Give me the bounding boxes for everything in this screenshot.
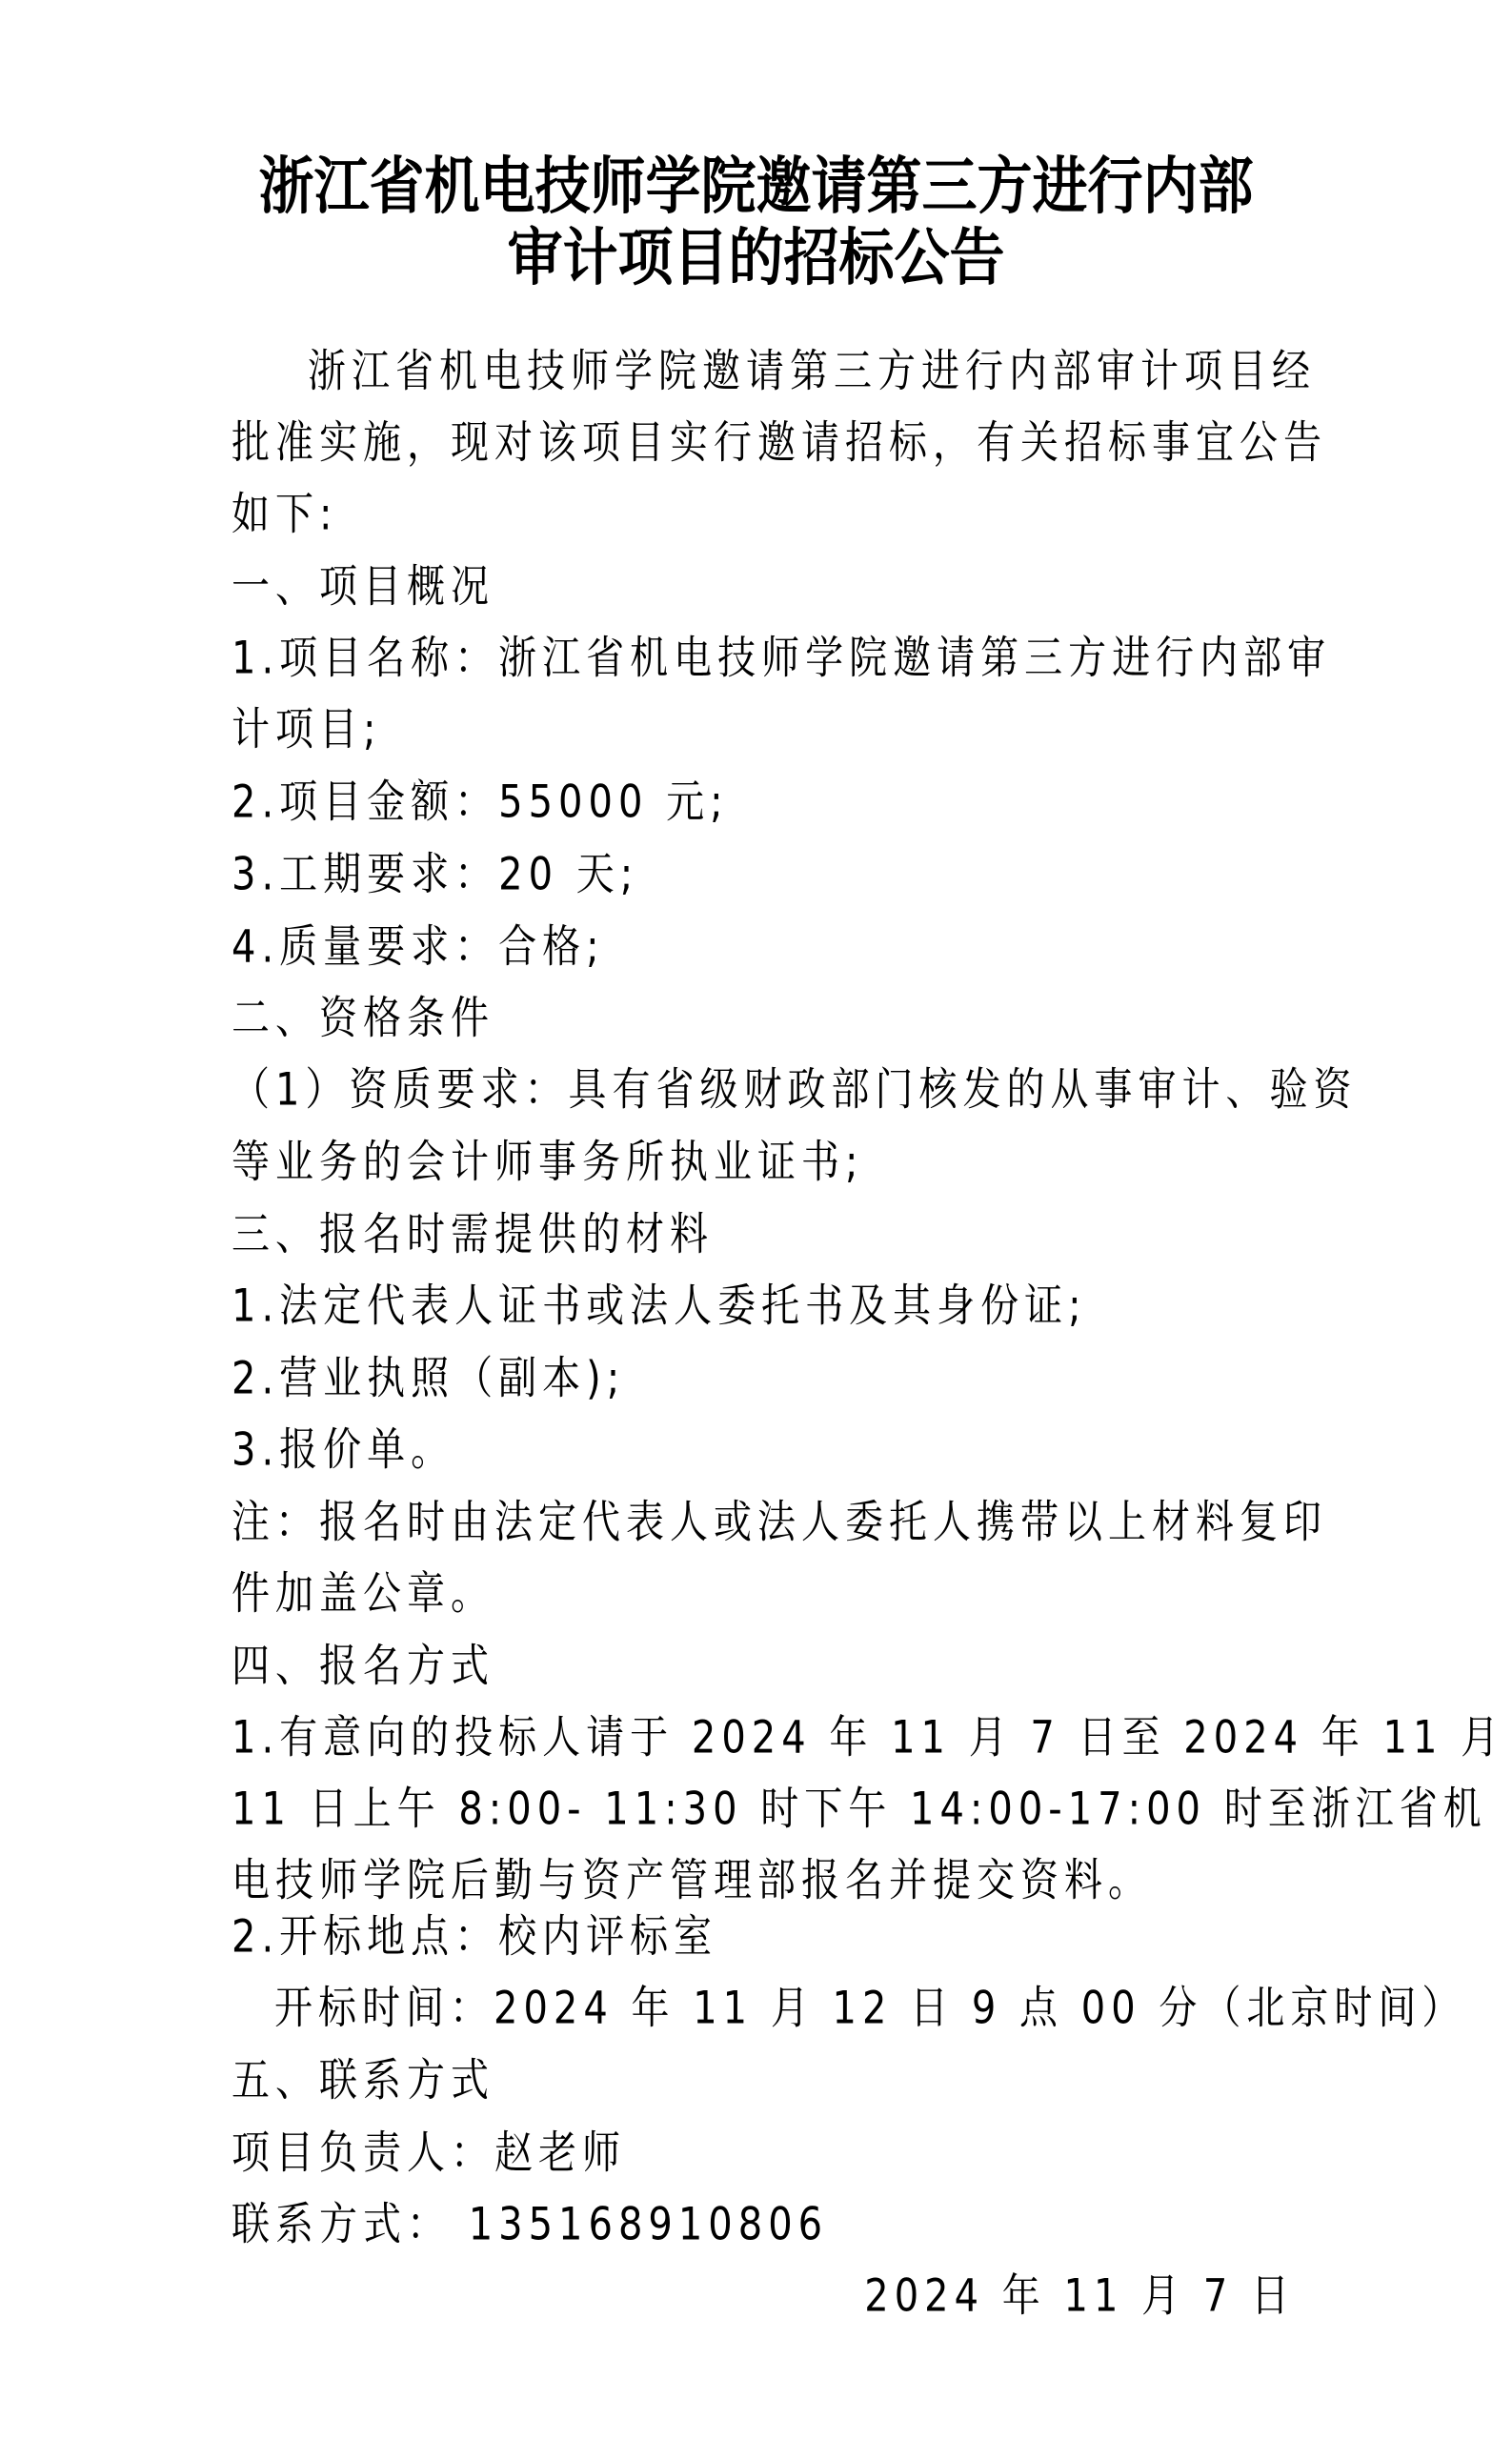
section2-item: 等业务的会计师事务所执业证书; — [232, 1131, 1299, 1194]
section5-heading: 五、联系方式 — [232, 2049, 1299, 2112]
section4-item: 电技师学院后勤与资产管理部报名并提交资料。 — [232, 1849, 1299, 1912]
section2-heading: 二、资格条件 — [232, 987, 1299, 1050]
intro-line-1: 浙江省机电技师学院邀请第三方进行内部审计项目经 — [308, 340, 1375, 403]
section4-item: 11 日上午 8:00- 11:30 时下午 14:00-17:00 时至浙江省… — [232, 1778, 1299, 1841]
document-page: 浙江省机电技师学院邀请第三方进行内部 审计项目的招标公告 浙江省机电技师学院邀请… — [0, 0, 1512, 2439]
section1-item: 4.质量要求：合格; — [232, 916, 1299, 978]
intro-line-3: 如下: — [232, 483, 1299, 546]
section4-heading: 四、报名方式 — [232, 1635, 1299, 1698]
section1-heading: 一、项目概况 — [232, 555, 1299, 618]
contact-phone: 联系方式： 13516891080​6 — [232, 2193, 1299, 2256]
section1-item: 1.项目名称：浙江省机电技师学院邀请第三方进行内部审 — [232, 627, 1299, 690]
section3-item: 3.报价单。 — [232, 1419, 1299, 1482]
document-date: 2024 年 11 月 7 日 — [864, 2265, 1295, 2328]
title-line-1: 浙江省机电技师学院邀请第三方进行内部 — [0, 149, 1512, 223]
section4-item: 2.开标地点：校内评标室 — [232, 1905, 1299, 1968]
section1-item: 计项目; — [232, 698, 1299, 761]
intro-line-2: 批准实施，现对该项目实行邀请招标，有关招标事宜公告 — [232, 412, 1299, 474]
section2-item: （1）资质要求：具有省级财政部门核发的从事审计、验资 — [232, 1058, 1299, 1121]
section3-note: 件加盖公章。 — [232, 1562, 1299, 1625]
section3-heading: 三、报名时需提供的材料 — [232, 1203, 1299, 1266]
section1-item: 3.工期要求：20 天; — [232, 843, 1299, 906]
section4-item: 1.有意向的投标人请于 2024 年 11 月 7 日至 2024 年 11 月 — [232, 1706, 1299, 1769]
section3-item: 1.法定代表人证书或法人委托书及其身份证; — [232, 1275, 1299, 1338]
section4-item: 开标时间：2024 年 11 月 12 日 9 点 00 分（北京时间） — [274, 1977, 1341, 2040]
section3-note: 注：报名时由法定代表人或法人委托人携带以上材料复印 — [232, 1491, 1299, 1554]
title-line-2: 审计项目的招标公告 — [0, 220, 1512, 294]
section3-item: 2.营业执照（副本); — [232, 1347, 1299, 1410]
section1-item: 2.项目金额：55000 元; — [232, 771, 1299, 834]
contact-person: 项目负责人：赵老师 — [232, 2122, 1299, 2185]
